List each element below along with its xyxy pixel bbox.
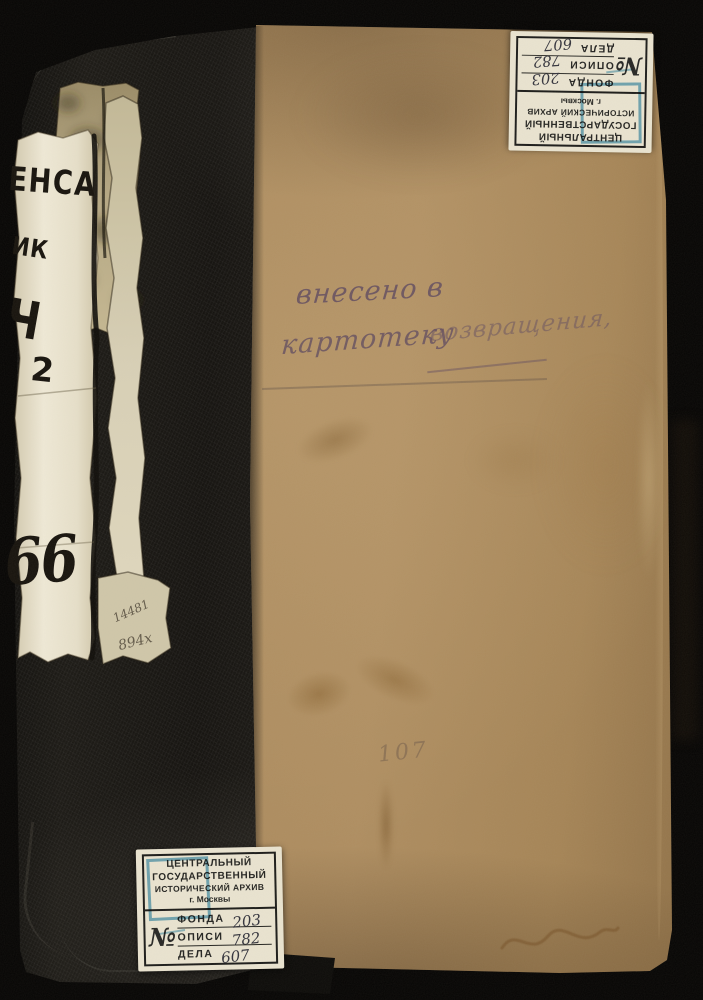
cover-stain — [281, 664, 356, 724]
handwritten-number: 782 — [533, 55, 562, 69]
inscription-underline — [427, 359, 547, 374]
archive-label-bottom: ЦЕНТРАЛЬНЫЙ ГОСУДАРСТВЕННЫЙ ИСТОРИЧЕСКИЙ… — [136, 846, 285, 971]
page-block-shadow — [672, 420, 698, 740]
archive-stamp-blue — [580, 82, 641, 143]
cover-inscription-line2-faded: возвращения, — [429, 305, 613, 347]
archival-book-photo: внесено в картотеку возвращения, 107 — [0, 0, 703, 1000]
handwritten-number: 607 — [221, 949, 251, 964]
handwritten-number: 607 — [543, 38, 572, 52]
cover-stain — [291, 408, 380, 473]
handwritten-number: 782 — [231, 931, 261, 946]
cover-inscription-line1: внесено в — [295, 272, 445, 311]
archive-label-header: ЦЕНТРАЛЬНЫЙ ГОСУДАРСТВЕННЫЙ ИСТОРИЧЕСКИЙ… — [516, 90, 644, 146]
handwritten-number: 203 — [531, 72, 560, 86]
handwritten-number: 203 — [232, 914, 262, 929]
row-caption: ОПИСИ — [569, 57, 614, 72]
faint-pencil-number: 107 — [377, 737, 430, 767]
cloth-fold-highlight — [18, 822, 154, 964]
spine-number-fraction: 2 — [29, 349, 56, 390]
archive-label-header: ЦЕНТРАЛЬНЫЙ ГОСУДАРСТВЕННЫЙ ИСТОРИЧЕСКИЙ… — [144, 854, 275, 912]
cover-drip-stain — [378, 780, 394, 870]
spine-title-fragment: ИК — [10, 231, 51, 265]
cover-edge-highlight — [655, 40, 663, 940]
label-row-opis: ОПИСИ 782 — [177, 927, 271, 946]
row-caption: ДЕЛА — [579, 40, 614, 54]
row-caption: ОПИСИ — [177, 930, 223, 945]
label-row-delo: ДЕЛА 607 — [178, 944, 272, 962]
spine-title-fragment: ЕНСА — [7, 159, 98, 204]
cover-stain-squiggle — [500, 918, 620, 963]
row-caption: ДЕЛА — [178, 948, 214, 963]
spine-number-large: 66 — [2, 521, 79, 601]
inscription-underline-long — [262, 378, 547, 389]
cover-stain — [348, 644, 443, 716]
archive-label-border: ЦЕНТРАЛЬНЫЙ ГОСУДАРСТВЕННЫЙ ИСТОРИЧЕСКИЙ… — [142, 852, 278, 967]
archive-label-border: ЦЕНТРАЛЬНЫЙ ГОСУДАРСТВЕННЫЙ ИСТОРИЧЕСКИЙ… — [514, 36, 647, 148]
archive-stamp-blue — [146, 856, 211, 921]
archive-label-top: ЦЕНТРАЛЬНЫЙ ГОСУДАРСТВЕННЫЙ ИСТОРИЧЕСКИЙ… — [508, 31, 653, 153]
cover-stain — [300, 50, 540, 180]
